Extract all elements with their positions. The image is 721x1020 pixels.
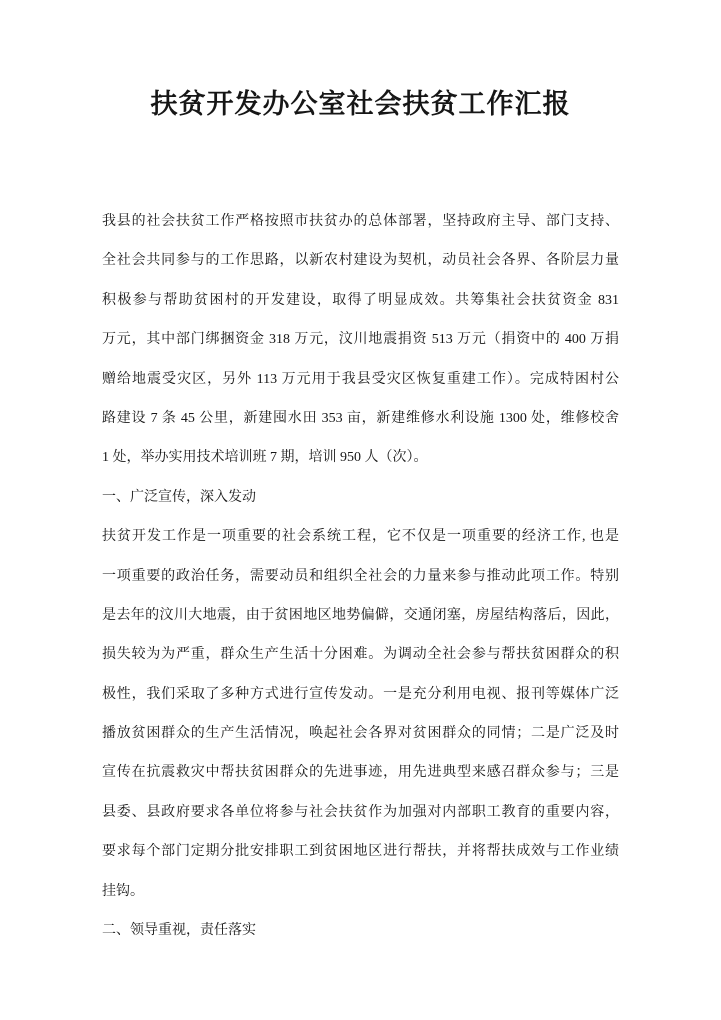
text-line: 极性，我们采取了多种方式进行宣传发动。一是充分利用电视、报刊等媒体广泛 xyxy=(102,675,619,714)
section-heading: 一、广泛宣传，深入发动 xyxy=(102,478,619,517)
text-line: 我县的社会扶贫工作严格按照市扶贫办的总体部署，坚持政府主导、部门支持、 xyxy=(102,202,619,241)
text-line: 挂钩。 xyxy=(102,872,619,911)
document-page: 扶贫开发办公室社会扶贫工作汇报 我县的社会扶贫工作严格按照市扶贫办的总体部署，坚… xyxy=(0,0,721,1020)
text-line: 扶贫开发工作是一项重要的社会系统工程，它不仅是一项重要的经济工作, 也是 xyxy=(102,517,619,556)
text-line: 万元，其中部门绑捆资金 318 万元，汶川地震捐资 513 万元（捐资中的 40… xyxy=(102,320,619,359)
text-line: 路建设 7 条 45 公里，新建囤水田 353 亩，新建维修水利设施 1300 … xyxy=(102,399,619,438)
text-line: 宣传在抗震救灾中帮扶贫困群众的先进事迹，用先进典型来感召群众参与；三是 xyxy=(102,753,619,792)
document-title: 扶贫开发办公室社会扶贫工作汇报 xyxy=(0,82,721,121)
text-line: 是去年的汶川大地震，由于贫困地区地势偏僻，交通闭塞，房屋结构落后，因此， xyxy=(102,596,619,635)
section-heading: 二、领导重视，责任落实 xyxy=(102,911,619,950)
text-line: 损失较为为严重，群众生产生活十分困难。为调动全社会参与帮扶贫困群众的积 xyxy=(102,635,619,674)
text-line: 赠给地震受灾区，另外 113 万元用于我县受灾区恢复重建工作）。完成特困村公 xyxy=(102,360,619,399)
text-line: 要求每个部门定期分批安排职工到贫困地区进行帮扶，并将帮扶成效与工作业绩 xyxy=(102,832,619,871)
text-line: 1 处，举办实用技术培训班 7 期，培训 950 人（次）。 xyxy=(102,438,619,477)
text-line: 县委、县政府要求各单位将参与社会扶贫作为加强对内部职工教育的重要内容， xyxy=(102,793,619,832)
text-line: 全社会共同参与的工作思路，以新农村建设为契机，动员社会各界、各阶层力量 xyxy=(102,241,619,280)
text-line: 积极参与帮助贫困村的开发建设，取得了明显成效。共筹集社会扶贫资金 831 xyxy=(102,281,619,320)
text-line: 一项重要的政治任务，需要动员和组织全社会的力量来参与推动此项工作。特别 xyxy=(102,557,619,596)
text-line: 播放贫困群众的生产生活情况，唤起社会各界对贫困群众的同情；二是广泛及时 xyxy=(102,714,619,753)
document-body: 我县的社会扶贫工作严格按照市扶贫办的总体部署，坚持政府主导、部门支持、全社会共同… xyxy=(102,202,619,950)
